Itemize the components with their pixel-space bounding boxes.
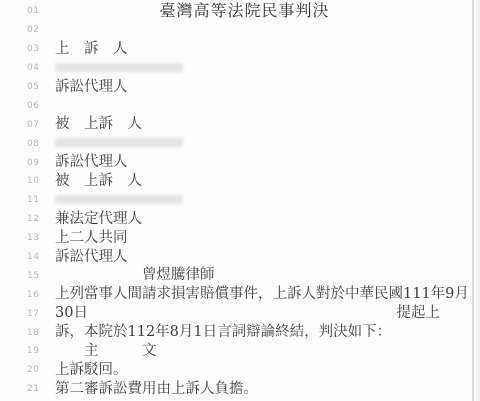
document-line-15: 15 曾煜騰律師 — [0, 266, 480, 285]
line-number: 04 — [0, 63, 55, 73]
line-number: 09 — [0, 158, 55, 168]
line-text — [55, 134, 480, 153]
page-right-border — [472, 0, 474, 401]
redacted-text-smudge — [55, 138, 183, 147]
line-number: 16 — [0, 290, 55, 300]
document-line-17: 1730日提起上 — [0, 304, 480, 323]
document-line-01: 01臺灣高等法院民事判決 — [0, 2, 480, 21]
document-line-18: 18訴，本院於112年8月1日言詞辯論終結，判決如下： — [0, 323, 480, 342]
line-text: 上列當事人間請求損害賠償事件，上訴人對於中華民國111年9月 — [55, 285, 480, 304]
document-line-07: 07被 上訴 人 — [0, 115, 480, 134]
document-title: 臺灣高等法院民事判決 — [55, 2, 480, 21]
document-line-08: 08 — [0, 134, 480, 153]
line-number: 05 — [0, 82, 55, 92]
line-number: 17 — [0, 309, 55, 319]
redacted-text-smudge — [55, 63, 183, 72]
line-text — [55, 59, 480, 78]
line-text: 上 訴 人 — [55, 40, 480, 59]
document-line-19: 19 主 文 — [0, 342, 480, 361]
line-number: 19 — [0, 346, 55, 356]
line-number: 06 — [0, 101, 55, 111]
document-lines: 01臺灣高等法院民事判決0203上 訴 人0405訴訟代理人0607被 上訴 人… — [0, 2, 480, 399]
line-text: 上訴駁回。 — [55, 361, 480, 380]
document-line-09: 09訴訟代理人 — [0, 153, 480, 172]
document-line-06: 06 — [0, 96, 480, 115]
line-text: 30日提起上 — [55, 304, 480, 323]
document-line-03: 03上 訴 人 — [0, 40, 480, 59]
line-number: 10 — [0, 176, 55, 186]
document-line-04: 04 — [0, 59, 480, 78]
line-number: 07 — [0, 120, 55, 130]
document-line-05: 05訴訟代理人 — [0, 78, 480, 97]
line-number: 02 — [0, 25, 55, 35]
document-line-16: 16上列當事人間請求損害賠償事件，上訴人對於中華民國111年9月 — [0, 285, 480, 304]
line-text: 訴訟代理人 — [55, 153, 480, 172]
document-line-10: 10被 上訴 人 — [0, 172, 480, 191]
line-number: 12 — [0, 214, 55, 224]
line-text-right: 提起上 — [397, 304, 441, 323]
line-text: 訴訟代理人 — [55, 78, 480, 97]
line-text: 被 上訴 人 — [55, 115, 480, 134]
line-text-left: 30日 — [55, 304, 88, 323]
document-line-20: 20上訴駁回。 — [0, 361, 480, 380]
line-number: 08 — [0, 139, 55, 149]
line-number: 03 — [0, 44, 55, 54]
line-text: 主 文 — [55, 342, 480, 361]
line-number: 18 — [0, 328, 55, 338]
line-number: 13 — [0, 233, 55, 243]
line-text: 上二人共同 — [55, 229, 480, 248]
document-line-21: 21第二審訴訟費用由上訴人負擔。 — [0, 380, 480, 399]
line-number: 14 — [0, 252, 55, 262]
judgment-document-page: 01臺灣高等法院民事判決0203上 訴 人0405訴訟代理人0607被 上訴 人… — [0, 0, 480, 401]
redacted-text-smudge — [55, 195, 183, 204]
line-text: 曾煜騰律師 — [55, 266, 480, 285]
line-text: 訴，本院於112年8月1日言詞辯論終結，判決如下： — [55, 323, 480, 342]
document-line-02: 02 — [0, 21, 480, 40]
line-number: 15 — [0, 271, 55, 281]
line-number: 01 — [0, 6, 55, 16]
line-text: 訴訟代理人 — [55, 248, 480, 267]
line-number: 21 — [0, 384, 55, 394]
page-right-edge — [476, 0, 480, 401]
document-line-13: 13上二人共同 — [0, 229, 480, 248]
document-line-11: 11 — [0, 191, 480, 210]
line-number: 20 — [0, 365, 55, 375]
line-text — [55, 191, 480, 210]
line-text: 兼法定代理人 — [55, 210, 480, 229]
line-number: 11 — [0, 195, 55, 205]
line-text: 被 上訴 人 — [55, 172, 480, 191]
line-text: 第二審訴訟費用由上訴人負擔。 — [55, 380, 480, 399]
document-line-14: 14訴訟代理人 — [0, 248, 480, 267]
document-line-12: 12兼法定代理人 — [0, 210, 480, 229]
